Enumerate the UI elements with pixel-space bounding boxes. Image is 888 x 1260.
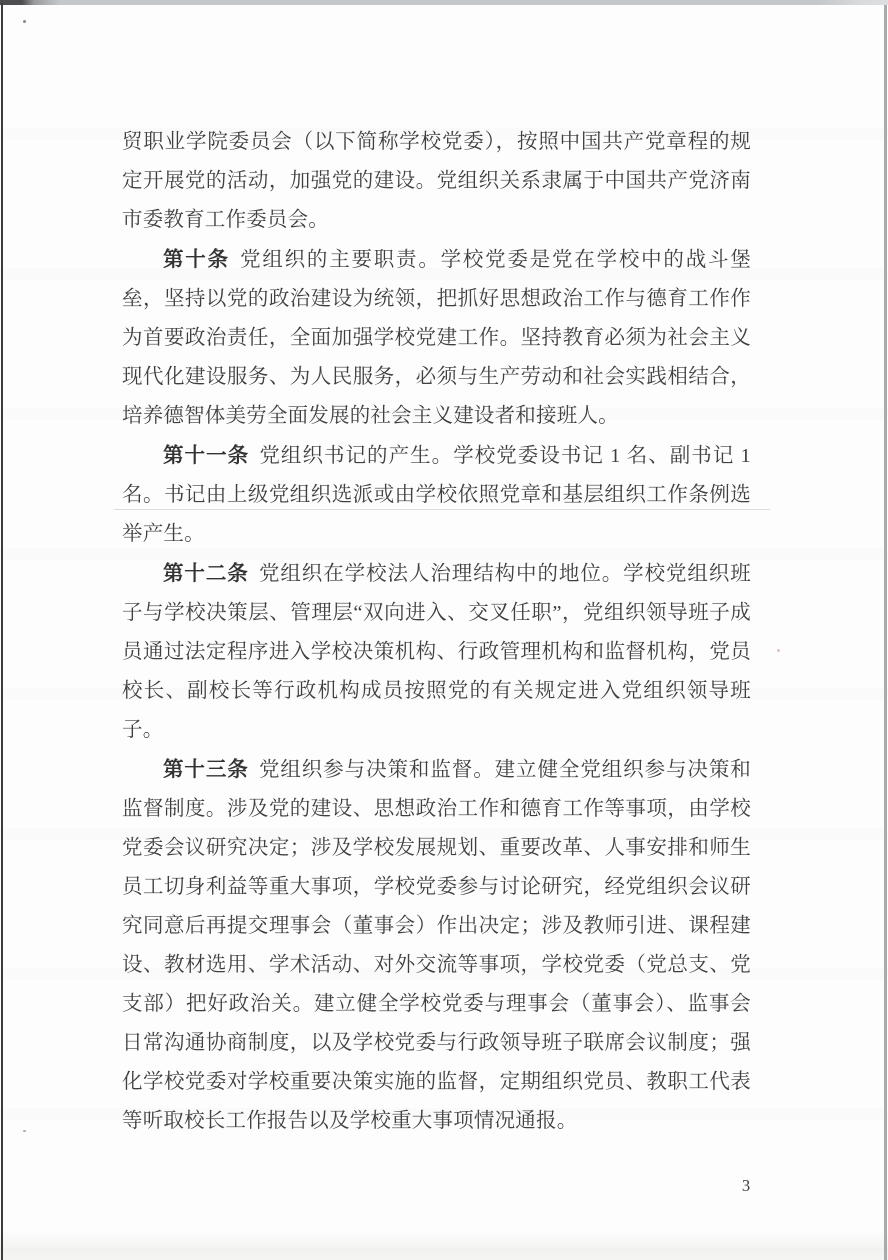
paragraph-text: 党组织在学校法人治理结构中的地位。学校党组织班子与学校决策层、管理层“双向进入、… bbox=[122, 563, 751, 741]
paragraph-text: 贸职业学院委员会（以下简称学校党委），按照中国共产党章程的规定开展党的活动，加强… bbox=[122, 131, 751, 231]
paragraph-article-10: 第十条党组织的主要职责。学校党委是党在学校中的战斗堡垒，坚持以党的政治建设为统领… bbox=[122, 240, 751, 436]
paragraph-continuation: 贸职业学院委员会（以下简称学校党委），按照中国共产党章程的规定开展党的活动，加强… bbox=[122, 123, 751, 240]
scan-edge-left bbox=[1, 3, 3, 1260]
paragraph-text: 党组织参与决策和监督。建立健全党组织参与决策和监督制度。涉及党的建设、思想政治工… bbox=[122, 759, 751, 1132]
paragraph-text: 党组织的主要职责。学校党委是党在学校中的战斗堡垒，坚持以党的政治建设为统领，把抓… bbox=[122, 249, 751, 427]
document-page: 贸职业学院委员会（以下简称学校党委），按照中国共产党章程的规定开展党的活动，加强… bbox=[0, 0, 888, 1260]
paragraph-article-11: 第十一条党组织书记的产生。学校党委设书记 1 名、副书记 1 名。书记由上级党组… bbox=[122, 436, 751, 554]
article-term: 第十二条 bbox=[163, 562, 259, 585]
scan-edge-top bbox=[0, 0, 888, 5]
article-term: 第十条 bbox=[163, 248, 240, 271]
page-number: 3 bbox=[728, 1176, 764, 1196]
document-body: 贸职业学院委员会（以下简称学校党委），按照中国共产党章程的规定开展党的活动，加强… bbox=[122, 123, 751, 1141]
scan-speck bbox=[23, 1130, 26, 1132]
paragraph-article-13: 第十三条党组织参与决策和监督。建立健全党组织参与决策和监督制度。涉及党的建设、思… bbox=[122, 750, 751, 1141]
article-term: 第十三条 bbox=[163, 758, 259, 781]
article-term: 第十一条 bbox=[163, 444, 259, 467]
scan-speck bbox=[777, 649, 780, 652]
scan-edge-right bbox=[884, 5, 887, 1260]
scan-speck bbox=[23, 20, 26, 23]
paragraph-article-12: 第十二条党组织在学校法人治理结构中的地位。学校党组织班子与学校决策层、管理层“双… bbox=[122, 554, 751, 750]
